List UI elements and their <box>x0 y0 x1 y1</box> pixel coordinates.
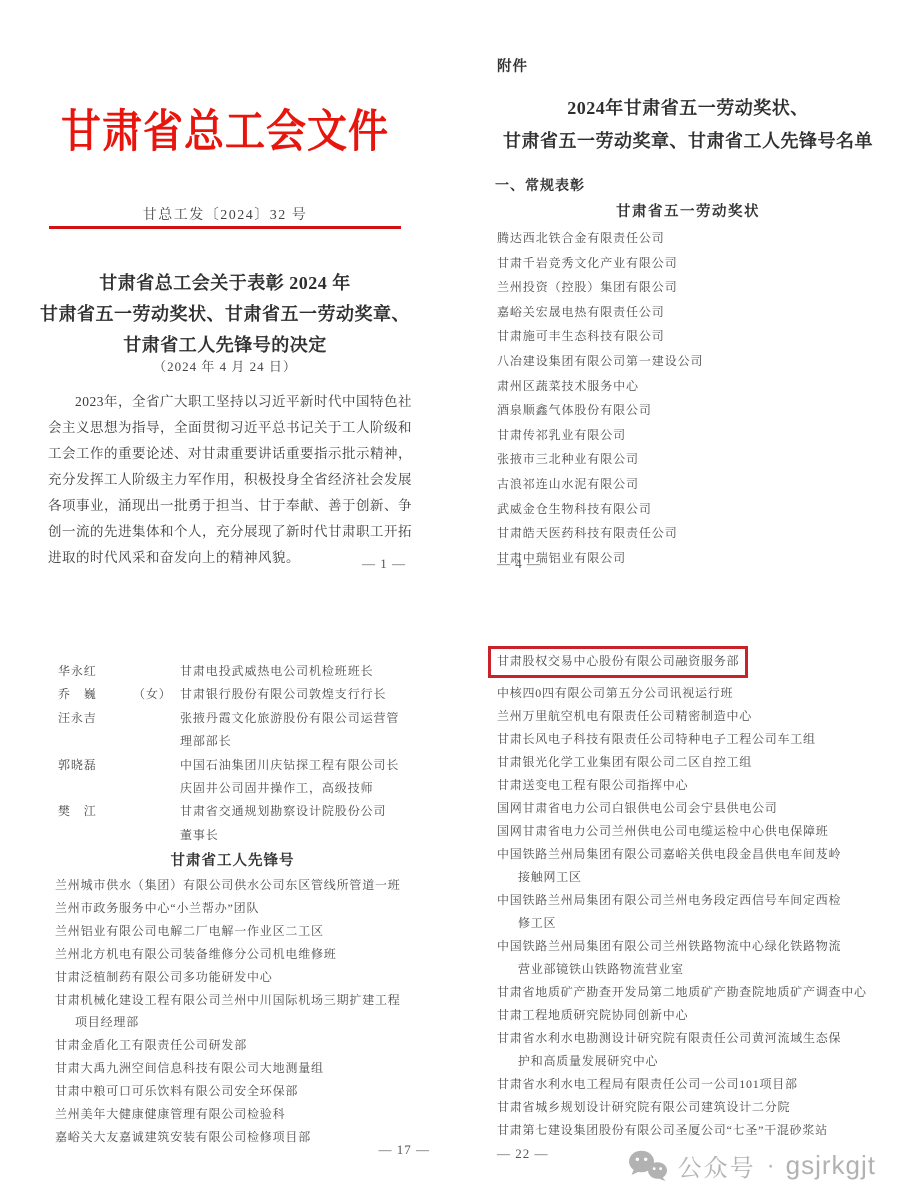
pioneer-list: 兰州城市供水（集团）有限公司供水公司东区管线所管道一班兰州市政务服务中心“小兰帮… <box>40 874 460 1149</box>
decision-body-paragraph: 2023年，全省广大职工坚持以习近平新时代中国特色社会主义思想为指导，全面贯彻习… <box>48 389 412 571</box>
pioneer-list-item: 兰州城市供水（集团）有限公司供水公司东区管线所管道一班 <box>55 874 460 897</box>
laureate-gender <box>133 660 180 683</box>
laureate-row: 庆固井公司固井操作工，高级技师 <box>40 777 460 800</box>
masthead-title: 甘肃省总工会文件 <box>40 96 410 160</box>
laureate-title: 中国石油集团川庆钻探工程有限公司长 <box>180 754 460 777</box>
pioneer-list-item: 甘肃泛植制药有限公司多功能研发中心 <box>55 966 460 989</box>
company-list-item: 张掖市三北种业有限公司 <box>497 447 886 472</box>
laureate-name: 乔 巍 <box>58 683 133 706</box>
section-heading: 一、常规表彰 <box>495 175 585 195</box>
pioneer-list-item: 甘肃中粮可口可乐饮料有限公司安全环保部 <box>55 1080 460 1103</box>
page-number-17: — 17 — <box>40 1142 430 1158</box>
pioneer-list-item: 营业部镜铁山铁路物流营业室 <box>497 958 893 981</box>
pioneer-list-item: 甘肃省城乡规划设计研究院有限公司建筑设计二分院 <box>497 1096 893 1119</box>
laureate-row: 乔 巍 （女） 甘肃银行股份有限公司敦煌支行行长 <box>40 683 460 706</box>
attachment-label: 附件 <box>497 55 528 76</box>
pioneer-list-item: 甘肃省地质矿产勘查开发局第二地质矿产勘查院地质矿产调查中心 <box>497 981 893 1004</box>
laureate-row: 董事长 <box>40 824 460 847</box>
company-list-item: 八冶建设集团有限公司第一建设公司 <box>497 349 886 374</box>
laureate-title: 甘肃省交通规划勘察设计院股份公司 <box>180 800 460 823</box>
pioneer-list-item: 甘肃省水利水电勘测设计研究院有限责任公司黄河流域生态保 <box>497 1027 893 1050</box>
award-heading: 甘肃省五一劳动奖状 <box>490 200 886 221</box>
laureate-list: 华永红 甘肃电投武威热电公司机检班班长 乔 巍 （女） 甘肃银行股份有限公司敦煌… <box>40 660 460 847</box>
laureate-title: 理部部长 <box>180 730 460 753</box>
company-list-item: 甘肃中瑞铝业有限公司 <box>497 546 886 571</box>
pioneer-list-item: 国网甘肃省电力公司兰州供电公司电缆运检中心供电保障班 <box>497 820 893 843</box>
pioneer-list-item: 甘肃银光化学工业集团有限公司二区自控工组 <box>497 751 893 774</box>
pioneer-list-item: 甘肃大禹九洲空间信息科技有限公司大地测量组 <box>55 1057 460 1080</box>
laureate-name <box>58 730 133 753</box>
laureate-name: 樊 江 <box>58 800 133 823</box>
laureate-name <box>58 777 133 800</box>
title-line: 甘肃省五一劳动奖状、甘肃省五一劳动奖章、 <box>34 299 416 330</box>
pioneer-list-item: 中国铁路兰州局集团有限公司嘉峪关供电段金昌供电车间芨岭 <box>497 843 893 866</box>
pioneer-list-item: 甘肃工程地质研究院协同创新中心 <box>497 1004 893 1027</box>
company-list-item: 甘肃施可丰生态科技有限公司 <box>497 324 886 349</box>
pioneer-list-item: 甘肃金盾化工有限责任公司研发部 <box>55 1034 460 1057</box>
pioneer-list-item: 中国铁路兰州局集团有限公司兰州铁路物流中心绿化铁路物流 <box>497 935 893 958</box>
laureate-gender <box>133 730 180 753</box>
pioneer-list-item: 接触网工区 <box>497 866 893 889</box>
title-line: 甘肃省五一劳动奖章、甘肃省工人先锋号名单 <box>484 125 892 158</box>
laureate-gender <box>133 824 180 847</box>
laureate-row: 华永红 甘肃电投武威热电公司机检班班长 <box>40 660 460 683</box>
decision-date: （2024 年 4 月 24 日） <box>40 356 410 375</box>
laureate-row: 郭晓磊 中国石油集团川庆钻探工程有限公司长 <box>40 754 460 777</box>
laureate-name: 华永红 <box>58 660 133 683</box>
decision-title: 甘肃省总工会关于表彰 2024 年甘肃省五一劳动奖状、甘肃省五一劳动奖章、甘肃省… <box>34 268 416 361</box>
pioneer-heading: 甘肃省工人先锋号 <box>40 849 425 870</box>
company-list-item: 酒泉顺鑫气体股份有限公司 <box>497 398 886 423</box>
pioneer-list-item: 国网甘肃省电力公司白银供电公司会宁县供电公司 <box>497 797 893 820</box>
pioneer-list-item: 甘肃机械化建设工程有限公司兰州中川国际机场三期扩建工程 <box>55 989 460 1012</box>
laureate-gender: （女） <box>133 683 180 706</box>
laureate-title: 甘肃银行股份有限公司敦煌支行行长 <box>180 683 460 706</box>
company-list-item: 肃州区蔬菜技术服务中心 <box>497 374 886 399</box>
laureate-row: 汪永吉 张掖丹霞文化旅游股份有限公司运营管 <box>40 707 460 730</box>
title-line: 2024年甘肃省五一劳动奖状、 <box>484 92 892 125</box>
wechat-account: gsjrkgjt <box>786 1150 876 1181</box>
pioneer-list-item: 兰州北方机电有限公司装备维修分公司机电维修班 <box>55 943 460 966</box>
title-line: 甘肃省总工会关于表彰 2024 年 <box>34 268 416 299</box>
footer-separator: · <box>767 1152 775 1180</box>
pioneer-list-item: 兰州万里航空机电有限责任公司精密制造中心 <box>497 705 893 728</box>
document-number: 甘总工发〔2024〕32 号 <box>40 204 410 224</box>
laureate-name: 郭晓磊 <box>58 754 133 777</box>
company-list-item: 甘肃千岩竞秀文化产业有限公司 <box>497 251 886 276</box>
company-list: 腾达西北铁合金有限责任公司甘肃千岩竞秀文化产业有限公司兰州投资（控股）集团有限公… <box>497 226 886 570</box>
pioneer-list-item: 甘肃长风电子科技有限责任公司特种电子工程公司车工组 <box>497 728 893 751</box>
page-number-22: — 22 — <box>497 1146 549 1162</box>
pioneer-list-item: 甘肃送变电工程有限公司指挥中心 <box>497 774 893 797</box>
company-list-item: 甘肃传祁乳业有限公司 <box>497 423 886 448</box>
pioneer-list-item: 修工区 <box>497 912 893 935</box>
laureate-title: 甘肃电投武威热电公司机检班班长 <box>180 660 460 683</box>
pioneer-list-item: 甘肃第七建设集团股份有限公司圣厦公司“七圣”干混砂浆站 <box>497 1119 893 1142</box>
wechat-label: 公众号 <box>678 1148 756 1183</box>
laureate-row: 樊 江 甘肃省交通规划勘察设计院股份公司 <box>40 800 460 823</box>
laureate-name: 汪永吉 <box>58 707 133 730</box>
company-list-item: 腾达西北铁合金有限责任公司 <box>497 226 886 251</box>
pioneer-list-item: 兰州铝业有限公司电解二厂电解一作业区二工区 <box>55 920 460 943</box>
pioneer-list-continued: 甘肃股权交易中心股份有限公司融资服务部中核四0四有限公司第五分公司讯视运行班兰州… <box>490 646 893 1142</box>
laureate-gender <box>133 707 180 730</box>
company-list-item: 兰州投资（控股）集团有限公司 <box>497 275 886 300</box>
pioneer-list-item: 护和高质量发展研究中心 <box>497 1050 893 1073</box>
company-list-item: 嘉峪关宏晟电热有限责任公司 <box>497 300 886 325</box>
wechat-icon <box>627 1149 669 1183</box>
laureate-gender <box>133 800 180 823</box>
page-number-1: — 1 — <box>40 556 410 572</box>
page-number-4: — 4 — <box>497 556 541 572</box>
company-list-item: 甘肃皓天医药科技有限责任公司 <box>497 521 886 546</box>
pioneer-list-item: 项目经理部 <box>55 1011 460 1034</box>
red-rule <box>49 226 401 229</box>
laureate-title: 董事长 <box>180 824 460 847</box>
laureate-gender <box>133 754 180 777</box>
pioneer-list-item: 兰州市政务服务中心“小兰帮办”团队 <box>55 897 460 920</box>
laureate-row: 理部部长 <box>40 730 460 753</box>
list-title: 2024年甘肃省五一劳动奖状、甘肃省五一劳动奖章、甘肃省工人先锋号名单 <box>484 92 892 158</box>
pioneer-list-item: 中国铁路兰州局集团有限公司兰州电务段定西信号车间定西检 <box>497 889 893 912</box>
company-list-item: 武威金仓生物科技有限公司 <box>497 497 886 522</box>
company-list-item: 古浪祁连山水泥有限公司 <box>497 472 886 497</box>
wechat-footer: 公众号 · gsjrkgjt <box>627 1148 876 1183</box>
pioneer-list-item: 中核四0四有限公司第五分公司讯视运行班 <box>497 682 893 705</box>
laureate-title: 张掖丹霞文化旅游股份有限公司运营管 <box>180 707 460 730</box>
pioneer-list-item: 甘肃省水利水电工程局有限责任公司一公司101项目部 <box>497 1073 893 1096</box>
pioneer-list-item: 甘肃股权交易中心股份有限公司融资服务部 <box>488 646 748 678</box>
laureate-name <box>58 824 133 847</box>
pioneer-list-item: 兰州美年大健康健康管理有限公司检验科 <box>55 1103 460 1126</box>
laureate-title: 庆固井公司固井操作工，高级技师 <box>180 777 460 800</box>
laureate-gender <box>133 777 180 800</box>
